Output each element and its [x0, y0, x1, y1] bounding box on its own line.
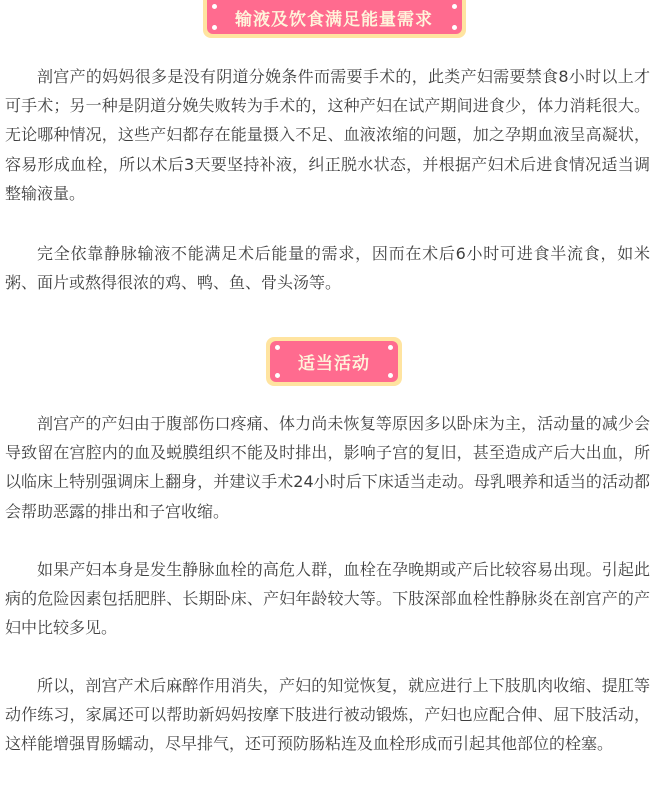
dot-decoration-icon: [452, 25, 457, 30]
badge-border: 输液及饮食满足能量需求: [203, 0, 466, 38]
dot-decoration-icon: [212, 4, 217, 9]
section-heading: 输液及饮食满足能量需求: [235, 5, 433, 30]
paragraph: 所以，剖宫产术后麻醉作用消失，产妇的知觉恢复，就应进行上下肢肌肉收缩、提肛等动作…: [5, 671, 650, 759]
badge-fill: 输液及饮食满足能量需求: [207, 0, 462, 34]
paragraph: 剖宫产的产妇由于腹部伤口疼痛、体力尚未恢复等原因多以卧床为主，活动量的减少会导致…: [5, 409, 650, 526]
dot-decoration-icon: [275, 345, 280, 350]
paragraph: 剖宫产的妈妈很多是没有阴道分娩条件而需要手术的，此类产妇需要禁食8小时以上才可手…: [5, 62, 650, 208]
dot-decoration-icon: [212, 25, 217, 30]
badge-fill: 适当活动: [270, 341, 398, 382]
section-heading-badge-activity: 适当活动: [0, 337, 668, 386]
dot-decoration-icon: [275, 373, 280, 378]
badge-border: 适当活动: [266, 337, 402, 386]
dot-decoration-icon: [452, 4, 457, 9]
dot-decoration-icon: [388, 373, 393, 378]
paragraph: 如果产妇本身是发生静脉血栓的高危人群，血栓在孕晚期或产后比较容易出现。引起此病的…: [5, 555, 650, 643]
paragraph: 完全依靠静脉输液不能满足术后能量的需求，因而在术后6小时可进食半流食，如米粥、面…: [5, 239, 650, 297]
dot-decoration-icon: [388, 345, 393, 350]
section-heading-badge-nutrition: 输液及饮食满足能量需求: [0, 0, 668, 38]
section-heading: 适当活动: [298, 349, 370, 374]
